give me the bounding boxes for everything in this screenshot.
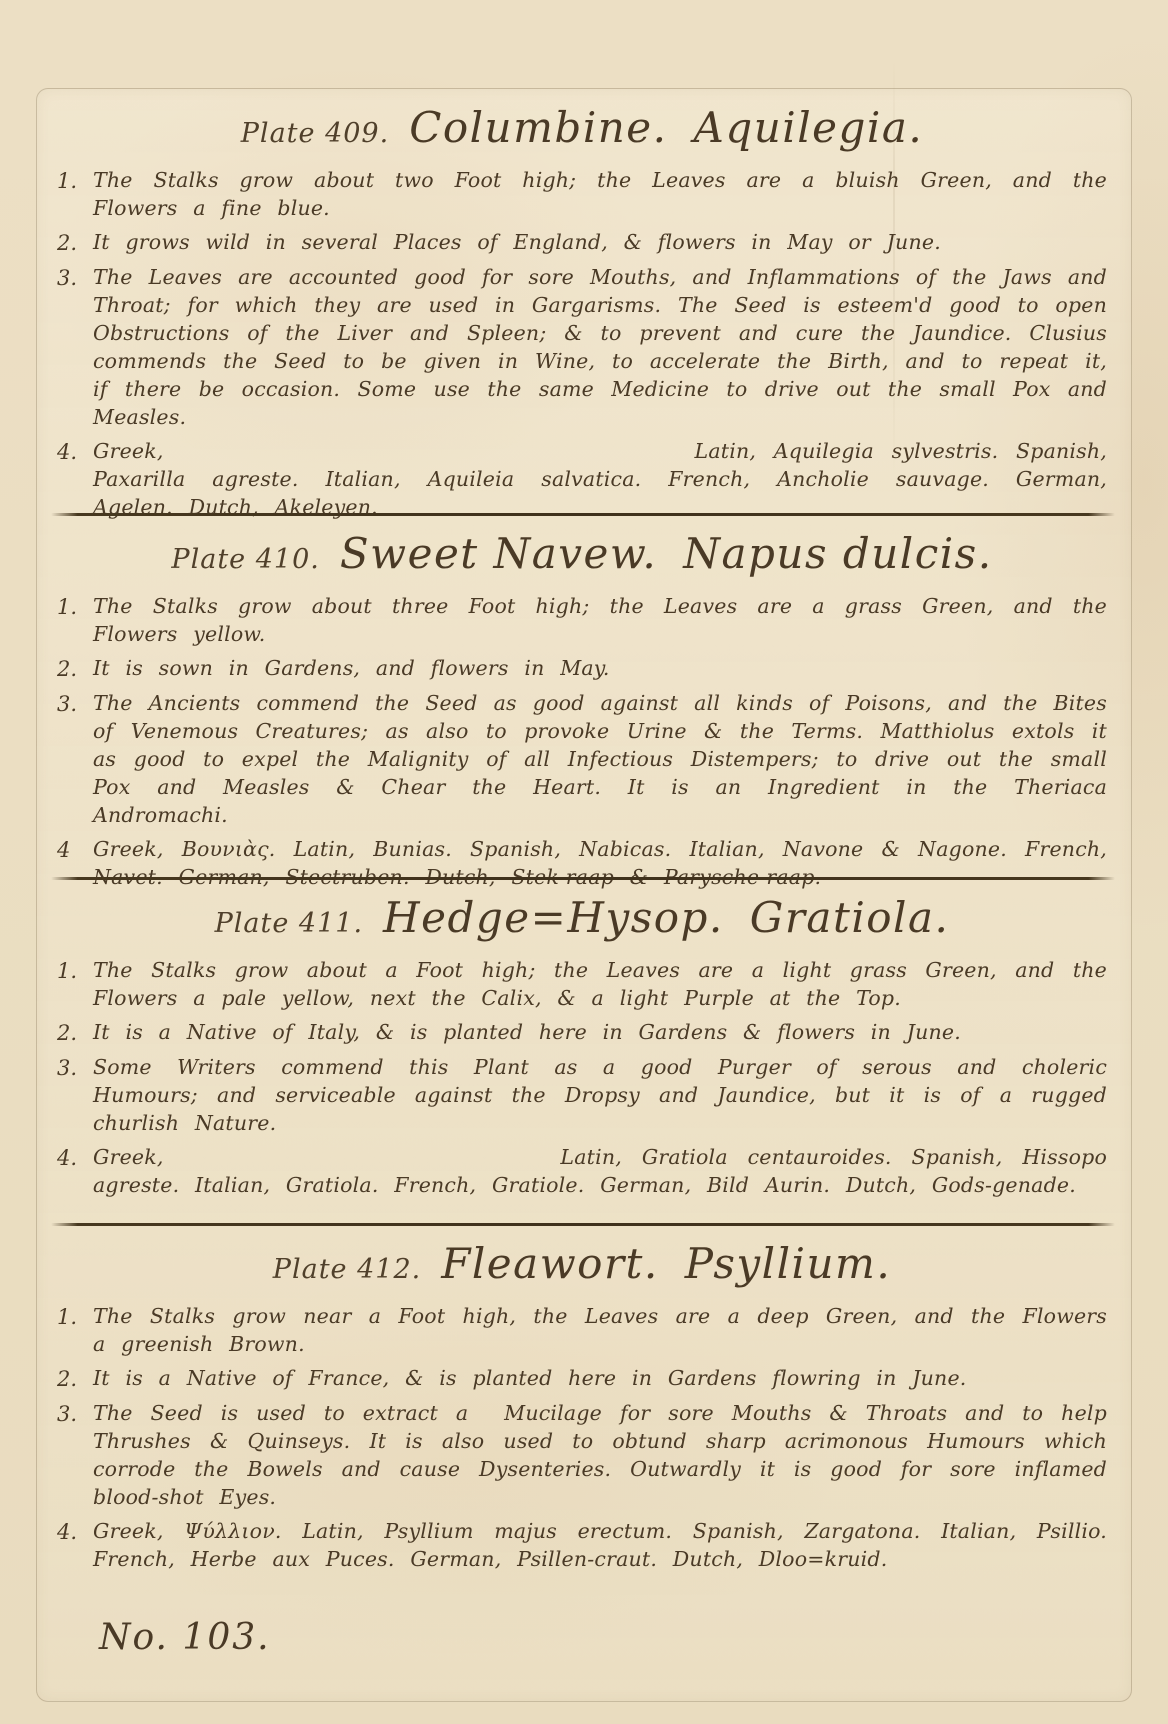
item-number: 4. [57, 1517, 93, 1573]
item-number: 2. [57, 228, 93, 257]
section-title: Fleawort.Psyllium. [441, 1239, 891, 1288]
section-divider [51, 1223, 1115, 1226]
section-divider [51, 513, 1115, 516]
section-title: Columbine.Aquilegia. [409, 103, 923, 152]
item-text: Greek, Ψύλλιον. Latin, Psyllium majus er… [93, 1517, 1107, 1573]
list-item: 2. It grows wild in several Places of En… [57, 228, 1107, 257]
list-item: 4. Greek, Latin, Gratiola centauroides. … [57, 1143, 1107, 1199]
plate-section-412: Plate 412. Fleawort.Psyllium. 1. The Sta… [57, 1235, 1107, 1579]
item-text: Greek, Latin, Aquilegia sylvestris. Span… [93, 437, 1107, 521]
list-item: 2. It is a Native of Italy, & is planted… [57, 1018, 1107, 1047]
item-text: The Seed is used to extract a Mucilage f… [93, 1399, 1107, 1511]
list-item: 1. The Stalks grow about a Foot high; th… [57, 956, 1107, 1012]
engraved-herbal-page: Plate 409. Columbine.Aquilegia. 1. The S… [0, 0, 1168, 1724]
item-number: 1. [57, 166, 93, 222]
list-item: 1. The Stalks grow near a Foot high, the… [57, 1302, 1107, 1358]
section-heading: Plate 412. Fleawort.Psyllium. [57, 1239, 1107, 1288]
plate-number-label: Plate 409. [241, 118, 389, 149]
section-heading: Plate 411. Hedge=Hysop.Gratiola. [57, 893, 1107, 942]
plate-area: Plate 409. Columbine.Aquilegia. 1. The S… [36, 88, 1132, 1702]
item-number: 1. [57, 956, 93, 1012]
common-name: Columbine. [409, 103, 667, 152]
item-number: 4. [57, 1143, 93, 1199]
common-name: Fleawort. [441, 1239, 659, 1288]
item-text: It grows wild in several Places of Engla… [93, 228, 1107, 257]
list-item: 3. The Leaves are accounted good for sor… [57, 263, 1107, 431]
latin-name: Napus dulcis. [683, 529, 992, 578]
section-title: Sweet Navew.Napus dulcis. [340, 529, 993, 578]
section-heading: Plate 409. Columbine.Aquilegia. [57, 103, 1107, 152]
item-number: 2. [57, 1364, 93, 1393]
list-item: 1. The Stalks grow about three Foot high… [57, 592, 1107, 648]
plate-number-label: Plate 412. [273, 1254, 421, 1285]
list-item: 2. It is sown in Gardens, and flowers in… [57, 654, 1107, 683]
latin-name: Psyllium. [685, 1239, 891, 1288]
item-text: The Stalks grow about a Foot high; the L… [93, 956, 1107, 1012]
list-item: 1. The Stalks grow about two Foot high; … [57, 166, 1107, 222]
item-text: The Leaves are accounted good for sore M… [93, 263, 1107, 431]
plate-section-410: Plate 410. Sweet Navew.Napus dulcis. 1. … [57, 525, 1107, 897]
item-number: 3. [57, 689, 93, 829]
plate-section-409: Plate 409. Columbine.Aquilegia. 1. The S… [57, 99, 1107, 527]
item-number: 2. [57, 654, 93, 683]
item-number: 3. [57, 263, 93, 431]
common-name: Sweet Navew. [340, 529, 657, 578]
plate-number-label: Plate 411. [215, 908, 363, 939]
common-name: Hedge=Hysop. [383, 893, 724, 942]
list-item: 4. Greek, Ψύλλιον. Latin, Psyllium majus… [57, 1517, 1107, 1573]
plate-number-label: Plate 410. [171, 544, 319, 575]
item-text: It is a Native of Italy, & is planted he… [93, 1018, 1107, 1047]
item-number: 3. [57, 1399, 93, 1511]
item-number: 1. [57, 1302, 93, 1358]
item-text: Greek, Latin, Gratiola centauroides. Spa… [93, 1143, 1107, 1199]
latin-name: Aquilegia. [694, 103, 924, 152]
list-item: 3. Some Writers commend this Plant as a … [57, 1053, 1107, 1137]
item-text: The Stalks grow about three Foot high; t… [93, 592, 1107, 648]
item-text: The Stalks grow near a Foot high, the Le… [93, 1302, 1107, 1358]
item-text: It is a Native of France, & is planted h… [93, 1364, 1107, 1393]
item-number: 2. [57, 1018, 93, 1047]
section-title: Hedge=Hysop.Gratiola. [383, 893, 949, 942]
list-item: 2. It is a Native of France, & is plante… [57, 1364, 1107, 1393]
item-number: 4. [57, 437, 93, 521]
section-divider [51, 877, 1115, 880]
list-item: 3. The Seed is used to extract a Mucilag… [57, 1399, 1107, 1511]
section-heading: Plate 410. Sweet Navew.Napus dulcis. [57, 529, 1107, 578]
plate-section-411: Plate 411. Hedge=Hysop.Gratiola. 1. The … [57, 889, 1107, 1205]
list-item: 4 Greek, Βουνιὰς. Latin, Bunias. Spanish… [57, 835, 1107, 891]
item-number: 1. [57, 592, 93, 648]
item-number: 4 [57, 835, 93, 891]
item-number: 3. [57, 1053, 93, 1137]
latin-name: Gratiola. [750, 893, 950, 942]
item-text: Greek, Βουνιὰς. Latin, Bunias. Spanish, … [93, 835, 1107, 891]
item-text: Some Writers commend this Plant as a goo… [93, 1053, 1107, 1137]
list-item: 3. The Ancients commend the Seed as good… [57, 689, 1107, 829]
list-item: 4. Greek, Latin, Aquilegia sylvestris. S… [57, 437, 1107, 521]
item-text: The Stalks grow about two Foot high; the… [93, 166, 1107, 222]
item-text: The Ancients commend the Seed as good ag… [93, 689, 1107, 829]
plate-series-number: No. 103. [99, 1617, 271, 1658]
item-text: It is sown in Gardens, and flowers in Ma… [93, 654, 1107, 683]
